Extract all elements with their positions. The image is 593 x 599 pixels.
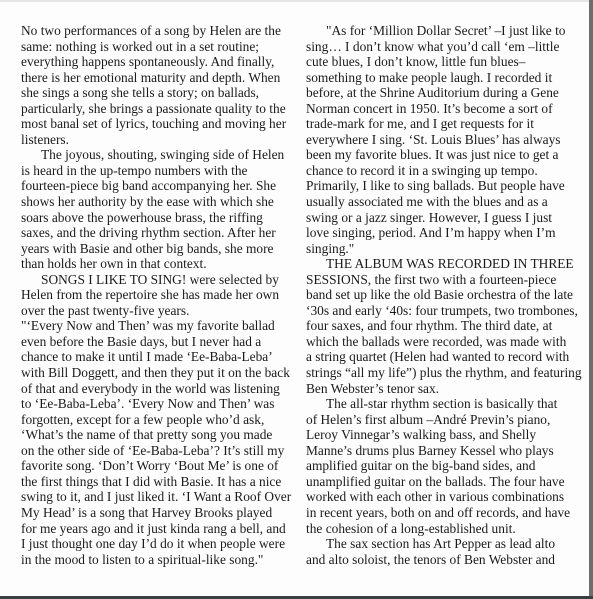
paragraph-start-line: The joyous, shouting, swinging side of H…: [21, 147, 289, 163]
text-line: everywhere I sing. ‘St. Louis Blues’ has…: [306, 132, 578, 148]
text-line: to ‘Ee-Baba-Leba’. ‘Every Now and Then’ …: [21, 396, 289, 412]
quote-start-line: "‘Every Now and Then’ was my favorite ba…: [21, 318, 289, 334]
text-line: there is her emotional maturity and dept…: [21, 70, 289, 86]
text-line: chance to make it until I made ‘Ee-Baba-…: [21, 349, 289, 365]
text-line: same: nothing is worked out in a set rou…: [21, 39, 289, 55]
text-line: Primarily, I like to sing ballads. But p…: [306, 178, 578, 194]
paragraph-start-line: The sax section has Art Pepper as lead a…: [306, 536, 578, 552]
text-line: sing… I don’t know what you’d call ‘em –…: [306, 39, 578, 55]
right-text-column: "As for ‘Million Dollar Secret’ –I just …: [306, 23, 578, 567]
text-line: particularly, she brings a passionate qu…: [21, 101, 289, 117]
text-line: singing.": [306, 241, 578, 257]
text-line: been my favorite blues. It was just nice…: [306, 147, 578, 163]
text-line: the cohesion of a long-established unit.: [306, 521, 578, 537]
text-line: which the ballads were recorded, was mad…: [306, 334, 578, 350]
text-line: for me years ago and it just kinda rang …: [21, 521, 289, 537]
text-line: four saxes, and four rhythm. The third d…: [306, 318, 578, 334]
text-line: My Head’ is a song that Harvey Brooks pl…: [21, 505, 289, 521]
text-line: even before the Basie days, but I never …: [21, 334, 289, 350]
text-line: strings “all my life”) plus the rhythm, …: [306, 365, 578, 381]
text-line: over the past twenty-five years.: [21, 303, 289, 319]
text-line: something to make people laugh. I record…: [306, 70, 578, 86]
text-line: saxes, and the driving rhythm section. A…: [21, 225, 289, 241]
text-line: favorite song. ‘Don’t Worry ‘Bout Me’ is…: [21, 458, 289, 474]
paragraph-start-line: THE ALBUM WAS RECORDED IN THREE: [306, 256, 578, 272]
text-line: the first things that I did with Basie. …: [21, 474, 289, 490]
text-line: she sings a song she tells a story; on b…: [21, 85, 289, 101]
text-line: in recent years, both on and off records…: [306, 505, 578, 521]
text-line: amplified guitar on the big-band sides, …: [306, 458, 578, 474]
text-line: of Helen’s first album –André Previn’s p…: [306, 412, 578, 428]
text-line: and alto soloist, the tenors of Ben Webs…: [306, 552, 578, 568]
text-line: Leroy Vinnegar’s walking bass, and Shell…: [306, 427, 578, 443]
text-line: a string quartet (Helen had wanted to re…: [306, 349, 578, 365]
text-line: forgotten, except for a few people who’d…: [21, 412, 289, 428]
text-line: listeners.: [21, 132, 289, 148]
text-line: ‘What’s the name of that pretty song you…: [21, 427, 289, 443]
paragraph-start-line: "As for ‘Million Dollar Secret’ –I just …: [306, 23, 578, 39]
text-line: Norman concert in 1950. It’s become a so…: [306, 101, 578, 117]
paragraph-start-line: SONGS I LIKE TO SING! were selected by: [21, 272, 289, 288]
page-top-edge: [0, 0, 589, 2]
text-line: shows her authority by the ease with whi…: [21, 194, 289, 210]
text-line: of that and everybody in the world was l…: [21, 381, 289, 397]
paragraph-start-line: The all-star rhythm section is basically…: [306, 396, 578, 412]
text-line: chance to record it in a swinging up tem…: [306, 163, 578, 179]
text-line: love singing, period. And I’m happy when…: [306, 225, 578, 241]
text-line: in the mood to listen to a spiritual-lik…: [21, 552, 289, 568]
text-line: than holds her own in that context.: [21, 256, 289, 272]
text-line: soars above the powerhouse brass, the ri…: [21, 210, 289, 226]
text-line: swing or a jazz singer. However, I guess…: [306, 210, 578, 226]
text-line: trade-mark for me, and I get requests fo…: [306, 116, 578, 132]
text-line: ‘30s and early ‘40s: four trumpets, two …: [306, 303, 578, 319]
text-line: swing to it, and I just liked it. ‘I Wan…: [21, 489, 289, 505]
scan-right-edge: [589, 0, 593, 599]
text-line: cute blues, I don’t know, little fun blu…: [306, 54, 578, 70]
text-line: on the other side of ‘Ee-Baba-Leba’? It’…: [21, 443, 289, 459]
text-line: years with Basie and other big bands, sh…: [21, 241, 289, 257]
text-line: everything happens spontaneously. And fi…: [21, 54, 289, 70]
liner-notes-page: No two performances of a song by Helen a…: [0, 0, 589, 596]
text-line: I just thought one day I’d do it when pe…: [21, 536, 289, 552]
left-text-column: No two performances of a song by Helen a…: [21, 23, 289, 567]
text-line: Manne’s drums plus Barney Kessel who pla…: [306, 443, 578, 459]
text-line: band set up like the old Basie orchestra…: [306, 287, 578, 303]
text-line: fourteen-piece big band accompanying her…: [21, 178, 289, 194]
text-line: worked with each other in various combin…: [306, 489, 578, 505]
text-line: SESSIONS, the first two with a fourteen-…: [306, 272, 578, 288]
text-line: usually associated me with the blues and…: [306, 194, 578, 210]
text-line: Helen from the repertoire she has made h…: [21, 287, 289, 303]
text-line: Ben Webster’s tenor sax.: [306, 381, 578, 397]
text-line: with Bill Doggett, and then they put it …: [21, 365, 289, 381]
text-line: is heard in the up-tempo numbers with th…: [21, 163, 289, 179]
text-line: unamplified guitar on the ballads. The f…: [306, 474, 578, 490]
text-line: most banal set of lyrics, touching and m…: [21, 116, 289, 132]
text-line: No two performances of a song by Helen a…: [21, 23, 289, 39]
text-line: before, at the Shrine Auditorium during …: [306, 85, 578, 101]
